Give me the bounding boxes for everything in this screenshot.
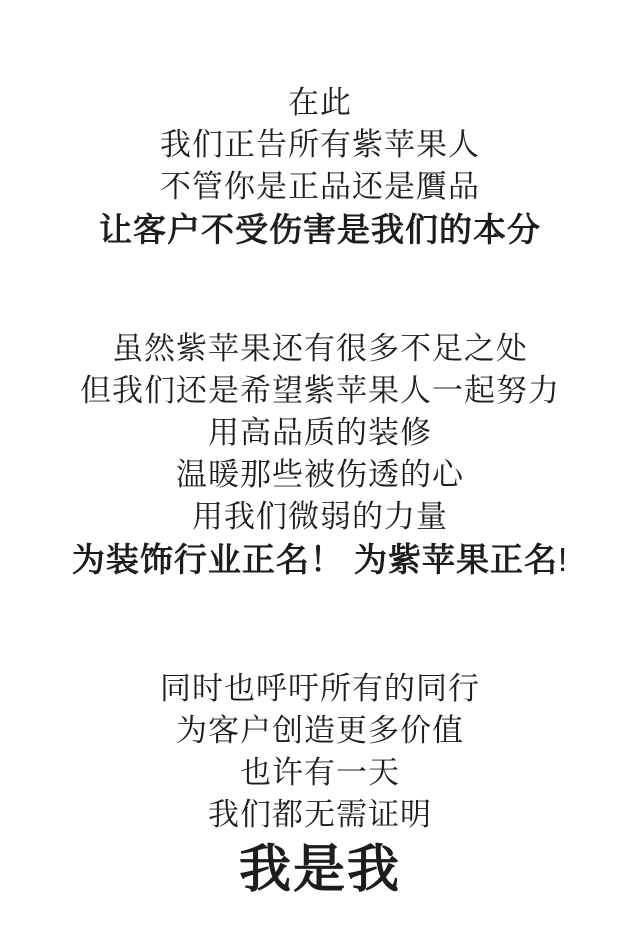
poem-line-emphasis: 为装饰行业正名！ 为紫苹果正名!: [0, 538, 640, 582]
stanza-hope: 虽然紫苹果还有很多不足之处 但我们还是希望紫苹果人一起努力 用高品质的装修 温暖…: [0, 328, 640, 582]
poem-line-emphasis-text: 为装饰行业正名！ 为紫苹果正名: [72, 541, 558, 578]
poem-line: 虽然紫苹果还有很多不足之处: [0, 328, 640, 370]
poem-line-finale: 我是我: [0, 838, 640, 902]
stanza-declaration: 在此 我们正告所有紫苹果人 不管你是正品还是贋品 让客户不受伤害是我们的本分: [0, 82, 640, 252]
poem-line: 不管你是正品还是贋品: [0, 166, 640, 208]
poem-line: 同时也呼吁所有的同行: [0, 668, 640, 710]
poem-line: 用我们微弱的力量: [0, 496, 640, 538]
poem-line-emphasis: 让客户不受伤害是我们的本分: [0, 208, 640, 252]
stanza-appeal: 同时也呼吁所有的同行 为客户创造更多价值 也许有一天 我们都无需证明 我是我: [0, 668, 640, 902]
poem-line: 为客户创造更多价值: [0, 710, 640, 752]
poem-line: 我们都无需证明: [0, 794, 640, 836]
poem-line: 也许有一天: [0, 752, 640, 794]
closing-exclamation: !: [558, 541, 568, 578]
poem-line: 用高品质的装修: [0, 412, 640, 454]
poem-line: 我们正告所有紫苹果人: [0, 124, 640, 166]
poem-line: 但我们还是希望紫苹果人一起努力: [0, 370, 640, 412]
poster-page: 在此 我们正告所有紫苹果人 不管你是正品还是贋品 让客户不受伤害是我们的本分 虽…: [0, 0, 640, 945]
poem-line: 温暖那些被伤透的心: [0, 454, 640, 496]
poem-line: 在此: [0, 82, 640, 124]
